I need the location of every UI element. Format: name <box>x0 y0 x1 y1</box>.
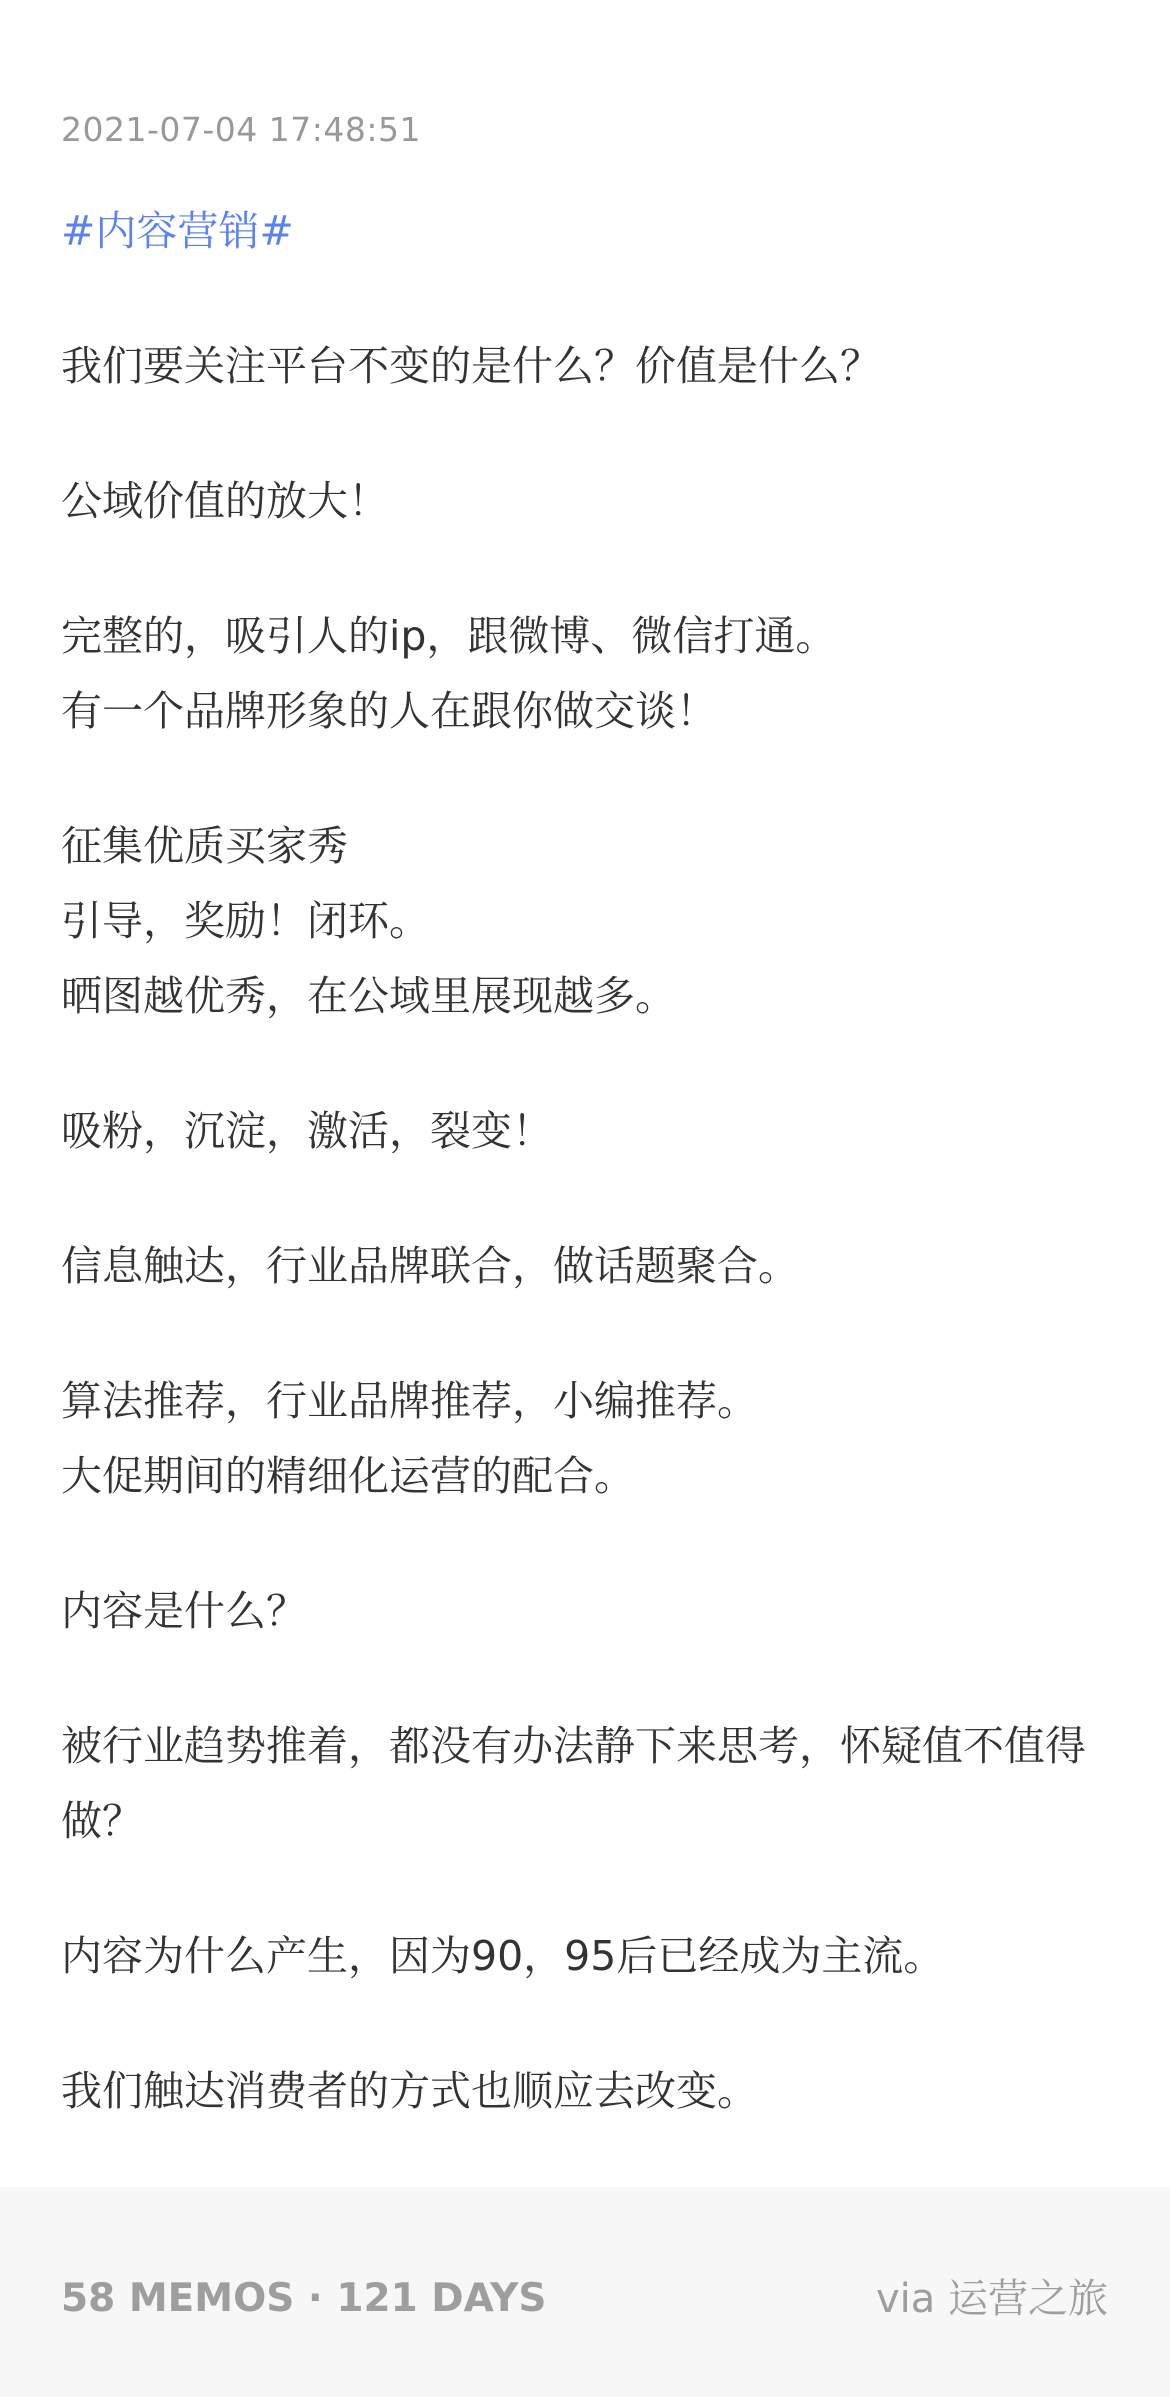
paragraph: 征集优质买家秀 引导，奖励！闭环。 晒图越优秀，在公域里展现越多。 <box>61 809 1109 1034</box>
paragraph: 内容为什么产生，因为90，95后已经成为主流。 <box>61 1919 1109 1994</box>
paragraph: 算法推荐，行业品牌推荐，小编推荐。 大促期间的精细化运营的配合。 <box>61 1364 1109 1514</box>
paragraph: 公域价值的放大！ <box>61 464 1109 539</box>
text-line: 算法推荐，行业品牌推荐，小编推荐。 <box>61 1364 1109 1439</box>
paragraph: 我们要关注平台不变的是什么？价值是什么？ <box>61 329 1109 404</box>
text-line: 我们触达消费者的方式也顺应去改变。 <box>61 2054 1109 2129</box>
memo-stats: 58 MEMOS · 121 DAYS <box>61 2269 546 2329</box>
paragraph: 吸粉，沉淀，激活，裂变！ <box>61 1094 1109 1169</box>
text-line: 吸粉，沉淀，激活，裂变！ <box>61 1094 1109 1169</box>
memo-tag-link[interactable]: #内容营销# <box>61 194 294 269</box>
text-line: 完整的，吸引人的ip，跟微博、微信打通。 <box>61 599 1109 674</box>
text-line: 晒图越优秀，在公域里展现越多。 <box>61 959 1109 1034</box>
text-line: 被行业趋势推着，都没有办法静下来思考，怀疑值不值得做？ <box>61 1709 1109 1859</box>
text-line: 信息触达，行业品牌联合，做话题聚合。 <box>61 1229 1109 1304</box>
text-line: 内容是什么？ <box>61 1574 1109 1649</box>
text-line: 大促期间的精细化运营的配合。 <box>61 1439 1109 1514</box>
paragraph: 我们触达消费者的方式也顺应去改变。 <box>61 2054 1109 2129</box>
footer: 58 MEMOS · 121 DAYS via 运营之旅 <box>0 2187 1170 2397</box>
paragraph: 内容是什么？ <box>61 1574 1109 1649</box>
via-source-label: via 运营之旅 <box>876 2269 1108 2329</box>
text-line: 有一个品牌形象的人在跟你做交谈！ <box>61 674 1109 749</box>
paragraph: 信息触达，行业品牌联合，做话题聚合。 <box>61 1229 1109 1304</box>
memo-timestamp: 2021-07-04 17:48:51 <box>61 92 421 167</box>
text-line: 内容为什么产生，因为90，95后已经成为主流。 <box>61 1919 1109 1994</box>
memo-content: 我们要关注平台不变的是什么？价值是什么？ 公域价值的放大！ 完整的，吸引人的ip… <box>61 329 1109 2129</box>
paragraph: 被行业趋势推着，都没有办法静下来思考，怀疑值不值得做？ <box>61 1709 1109 1859</box>
text-line: 我们要关注平台不变的是什么？价值是什么？ <box>61 329 1109 404</box>
text-line: 引导，奖励！闭环。 <box>61 884 1109 959</box>
paragraph: 完整的，吸引人的ip，跟微博、微信打通。 有一个品牌形象的人在跟你做交谈！ <box>61 599 1109 749</box>
text-line: 公域价值的放大！ <box>61 464 1109 539</box>
text-line: 征集优质买家秀 <box>61 809 1109 884</box>
